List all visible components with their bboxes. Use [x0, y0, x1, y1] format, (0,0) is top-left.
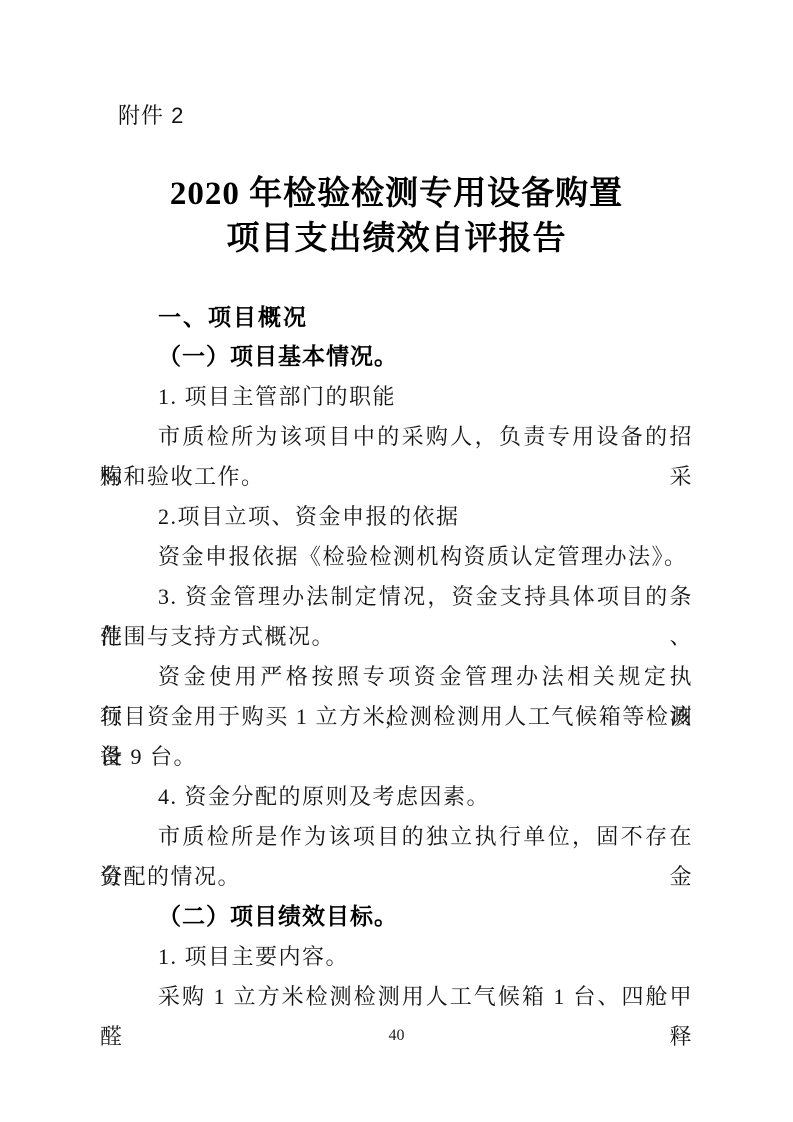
attachment-label: 附件 2 — [118, 101, 184, 131]
body-line: 3. 资金管理办法制定情况，资金支持具体项目的条件、 — [100, 577, 693, 617]
document-title-line-1: 2020 年检验检测专用设备购置 — [0, 172, 793, 217]
body-line: 项目资金用于购买 1 立方米检测检测用人工气候箱等检测设 — [100, 697, 693, 737]
body-line: 1. 项目主要内容。 — [100, 937, 693, 977]
document-page: 附件 2 2020 年检验检测专用设备购置 项目支出绩效自评报告 一、项目概况 … — [0, 0, 793, 1122]
document-body: 一、项目概况 （一）项目基本情况。 1. 项目主管部门的职能 市质检所为该项目中… — [100, 297, 693, 1017]
body-line: 市质检所是作为该项目的独立执行单位，固不存在资金 — [100, 817, 693, 857]
document-title-line-2: 项目支出绩效自评报告 — [0, 217, 793, 262]
body-line: 1. 项目主管部门的职能 — [100, 377, 693, 417]
body-line: 资金使用严格按照专项资金管理办法相关规定执行，该 — [100, 657, 693, 697]
subsection-heading: （二）项目绩效目标。 — [100, 897, 693, 937]
body-line: 资金申报依据《检验检测机构资质认定管理办法》。 — [100, 537, 693, 577]
body-line: 备 9 台。 — [100, 737, 693, 777]
body-line: 4. 资金分配的原则及考虑因素。 — [100, 777, 693, 817]
subsection-heading: （一）项目基本情况。 — [100, 337, 693, 377]
body-line: 2.项目立项、资金申报的依据 — [100, 497, 693, 537]
page-number: 40 — [0, 1026, 793, 1046]
document-title: 2020 年检验检测专用设备购置 项目支出绩效自评报告 — [0, 172, 793, 262]
body-line: 采购 1 立方米检测检测用人工气候箱 1 台、四舱甲醛释 — [100, 977, 693, 1017]
body-line: 市质检所为该项目中的采购人，负责专用设备的招标采 — [100, 417, 693, 457]
section-heading: 一、项目概况 — [100, 297, 693, 337]
